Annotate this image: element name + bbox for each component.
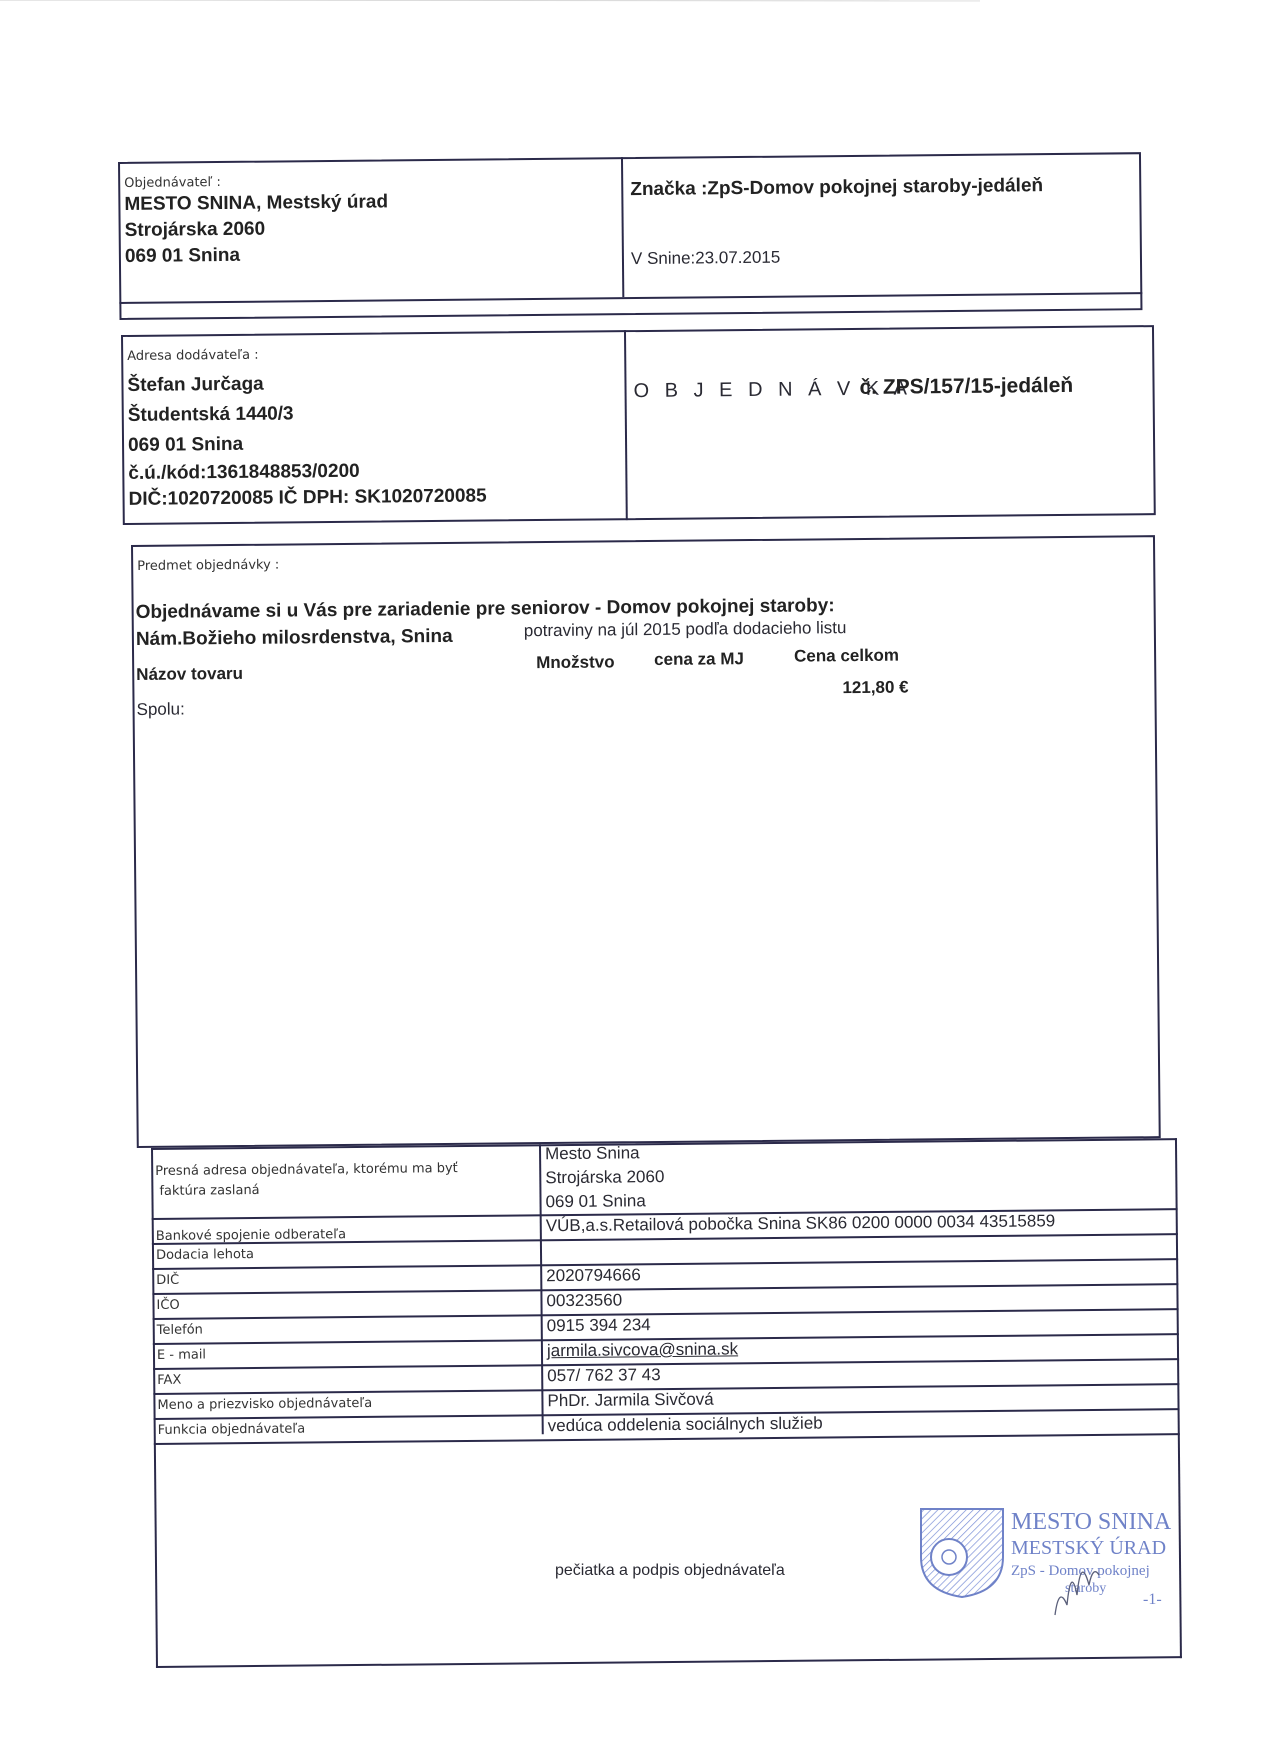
invoice-address-label-2: faktúra zaslaná [159, 1183, 259, 1199]
supplier-name: Štefan Jurčaga [127, 374, 263, 397]
supplier-street: Študentská 1440/3 [128, 403, 294, 427]
stamp-line-1: MESTO SNINA [1011, 1509, 1171, 1536]
orderer-label: Objednávateľ : [124, 175, 221, 191]
details-bottom-border [156, 1656, 1182, 1668]
scan-edge [0, 0, 980, 1]
detail-row-label: Funkcia objednávateľa [158, 1422, 306, 1438]
supplier-city: 069 01 Snina [128, 434, 243, 457]
detail-row-value: 2020794666 [546, 1265, 641, 1286]
signature-scribble-icon [1045, 1545, 1105, 1625]
invoice-address-line: 069 01 Snina [545, 1191, 645, 1212]
orderer-street: Strojárska 2060 [125, 219, 266, 242]
column-item: Názov tovaru [136, 664, 243, 685]
coat-of-arms-icon [919, 1507, 1005, 1599]
detail-row-value: 0915 394 234 [547, 1315, 651, 1336]
invoice-address-line: Strojárska 2060 [545, 1167, 664, 1188]
total-value: 121,80 € [842, 678, 908, 699]
detail-row-label: IČO [156, 1298, 179, 1313]
mark-label: Značka :ZpS-Domov pokojnej staroby-jedál… [630, 175, 1043, 201]
row-separator [152, 1258, 1178, 1269]
detail-row-label: Dodacia lehota [156, 1247, 254, 1263]
supplier-account: č.ú./kód:1361848853/0200 [128, 461, 360, 485]
sum-label: Spolu: [136, 699, 184, 719]
subject-line2-left: Nám.Božieho milosrdenstva, Snina [136, 626, 453, 651]
official-stamp: MESTO SNINA MESTSKÝ ÚRAD ZpS - Domov pok… [915, 1495, 1185, 1615]
order-document-page: Objednávateľ : MESTO SNINA, Mestský úrad… [0, 0, 1264, 1752]
supplier-label: Adresa dodávateľa : [127, 348, 259, 364]
place-date: V Snine:23.07.2015 [631, 248, 781, 269]
row-separator [153, 1308, 1179, 1319]
subject-line2-right: potraviny na júl 2015 podľa dodacieho li… [524, 618, 847, 641]
invoice-address-label: Presná adresa objednávateľa, ktorému ma … [155, 1161, 458, 1179]
row-separator [152, 1283, 1178, 1294]
detail-row-label: Telefón [157, 1323, 203, 1338]
signature-label: pečiatka a podpis objednávateľa [555, 1562, 785, 1580]
detail-row-value: vedúca oddelenia sociálnych služieb [548, 1414, 823, 1437]
order-number: č. ZPS/157/15-jedáleň [859, 374, 1073, 400]
subject-label: Predmet objednávky : [137, 558, 279, 574]
detail-row-value: PhDr. Jarmila Sivčová [547, 1390, 713, 1412]
detail-row-label: FAX [157, 1373, 181, 1388]
detail-row-value: 00323560 [546, 1290, 622, 1311]
orderer-name: MESTO SNINA, Mestský úrad [124, 191, 388, 216]
column-quantity: Množstvo [536, 652, 615, 673]
email-link[interactable]: jarmila.sivcova@snina.sk [547, 1339, 738, 1361]
detail-row-label: E - mail [157, 1347, 206, 1362]
page-number: -1- [1143, 1591, 1162, 1609]
detail-row-value: 057/ 762 37 43 [547, 1365, 661, 1386]
orderer-city: 069 01 Snina [125, 245, 240, 268]
detail-row-label: DIČ [156, 1273, 179, 1288]
detail-row-value: VÚB,a.s.Retailová pobočka Snina SK86 020… [546, 1211, 1056, 1236]
invoice-address-line: Mesto Snina [545, 1143, 640, 1164]
column-total: Cena celkom [794, 646, 899, 667]
supplier-tax-ids: DIČ:1020720085 IČ DPH: SK1020720085 [128, 485, 486, 510]
detail-row-label: Meno a priezvisko objednávateľa [157, 1396, 372, 1413]
column-unit-price: cena za MJ [654, 649, 744, 670]
